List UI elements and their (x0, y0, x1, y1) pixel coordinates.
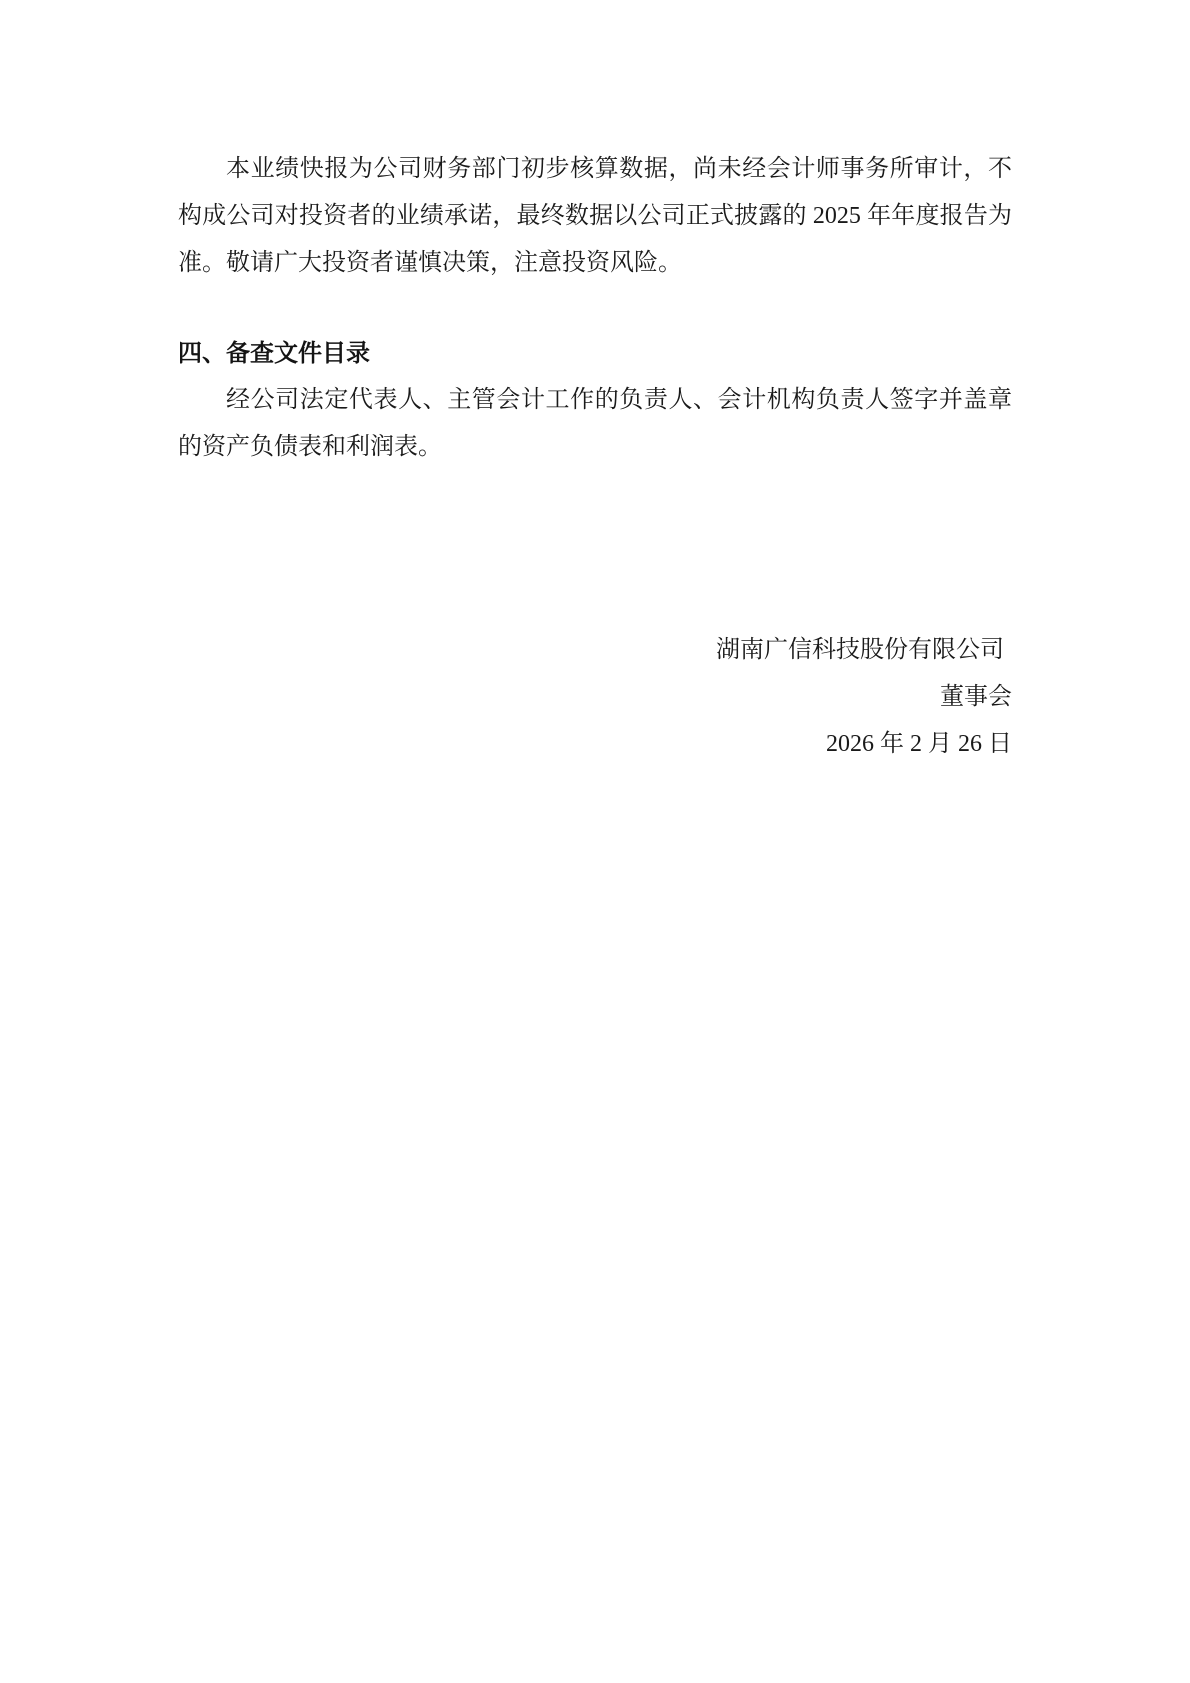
disclaimer-paragraph: 本业绩快报为公司财务部门初步核算数据，尚未经会计师事务所审计，不构成公司对投资者… (178, 146, 1012, 287)
section-heading: 四、备查文件目录 (178, 330, 1012, 377)
signature-date: 2026 年 2 月 26 日 (178, 721, 1012, 768)
section-paragraph: 经公司法定代表人、主管会计工作的负责人、会计机构负责人签字并盖章的资产负债表和利… (178, 377, 1012, 471)
document-page: 本业绩快报为公司财务部门初步核算数据，尚未经会计师事务所审计，不构成公司对投资者… (0, 0, 1190, 1683)
signature-block: 湖南广信科技股份有限公司 董事会 2026 年 2 月 26 日 (178, 627, 1012, 768)
signature-signer: 董事会 (178, 674, 1012, 721)
signature-company-name: 湖南广信科技股份有限公司 (178, 627, 1012, 674)
